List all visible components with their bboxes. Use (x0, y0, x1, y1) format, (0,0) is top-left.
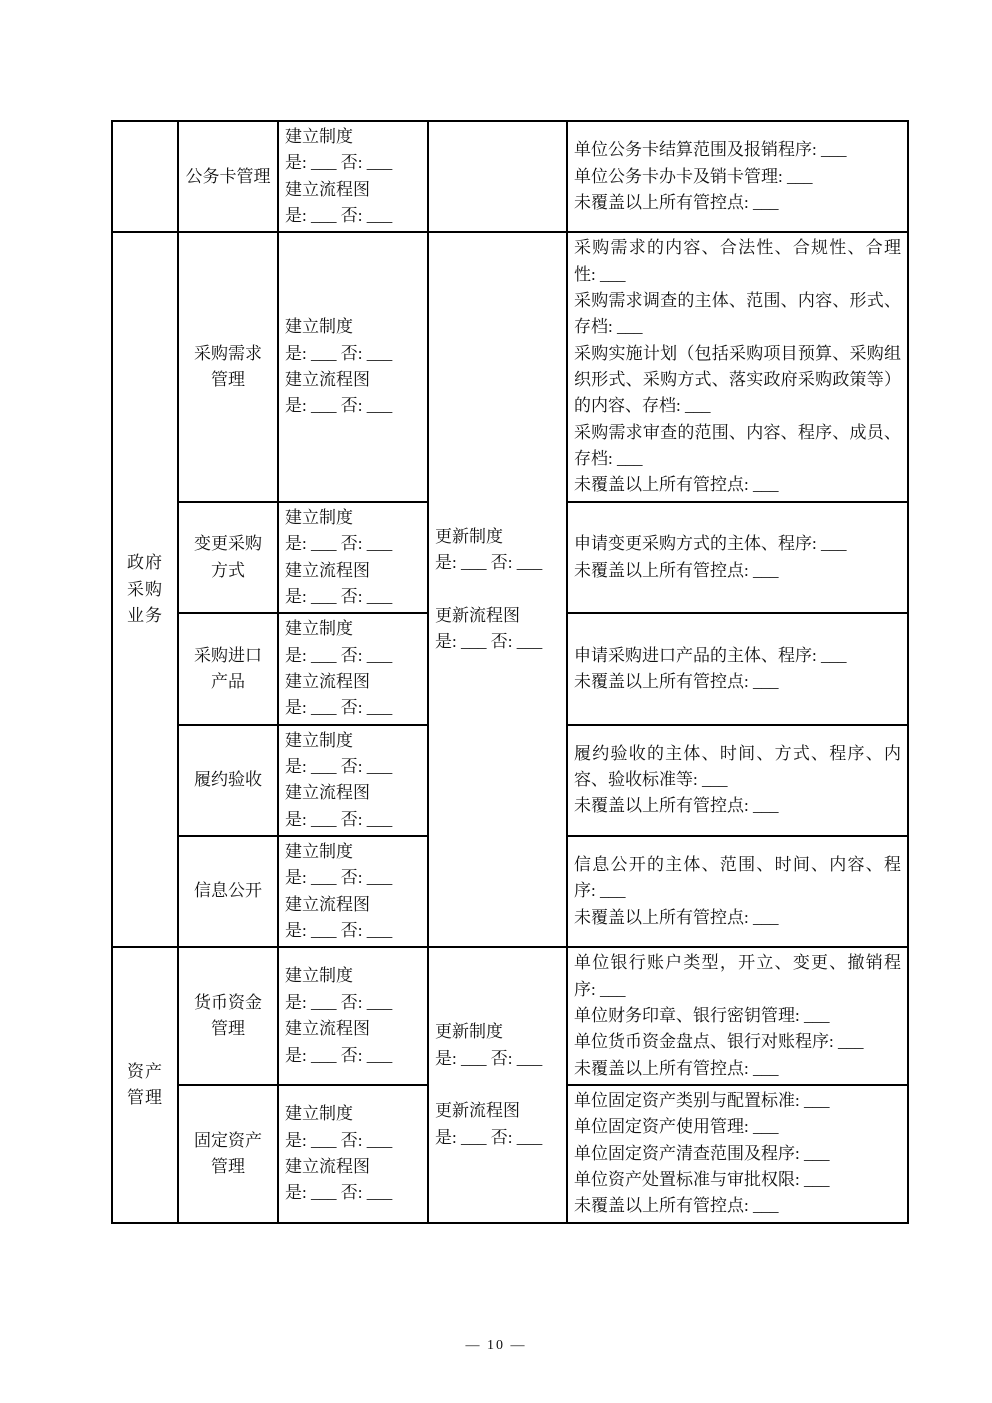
controls-cell: 单位固定资产类别与配置标准: ___ 单位固定资产使用管理: ___ 单位固定资… (567, 1085, 908, 1223)
table-row: 公务卡管理 建立制度 是: ___ 否: ___ 建立流程图 是: ___ 否:… (112, 121, 908, 232)
establish-cell: 建立制度 是: ___ 否: ___ 建立流程图 是: ___ 否: ___ (278, 725, 428, 836)
document-page: 公务卡管理 建立制度 是: ___ 否: ___ 建立流程图 是: ___ 否:… (0, 0, 992, 1403)
category-cell: 政府 采购 业务 (112, 232, 178, 947)
item-cell: 变更采购 方式 (178, 502, 278, 613)
establish-cell: 建立制度 是: ___ 否: ___ 建立流程图 是: ___ 否: ___ (278, 502, 428, 613)
controls-cell: 采购需求的内容、合法性、合规性、合理性: ___ 采购需求调查的主体、范围、内容… (567, 232, 908, 501)
item-cell: 公务卡管理 (178, 121, 278, 232)
establish-cell: 建立制度 是: ___ 否: ___ 建立流程图 是: ___ 否: ___ (278, 836, 428, 947)
table-row: 资产 管理 货币资金 管理 建立制度 是: ___ 否: ___ 建立流程图 是… (112, 947, 908, 1085)
category-cell: 资产 管理 (112, 947, 178, 1222)
controls-cell: 单位银行账户类型，开立、变更、撤销程序: ___ 单位财务印章、银行密钥管理: … (567, 947, 908, 1085)
establish-cell: 建立制度 是: ___ 否: ___ 建立流程图 是: ___ 否: ___ (278, 1085, 428, 1223)
item-cell: 采购需求 管理 (178, 232, 278, 501)
internal-control-checklist-table: 公务卡管理 建立制度 是: ___ 否: ___ 建立流程图 是: ___ 否:… (111, 120, 909, 1224)
controls-cell: 单位公务卡结算范围及报销程序: ___ 单位公务卡办卡及销卡管理: ___ 未覆… (567, 121, 908, 232)
establish-cell: 建立制度 是: ___ 否: ___ 建立流程图 是: ___ 否: ___ (278, 232, 428, 501)
update-cell: 更新制度 是: ___ 否: ___ 更新流程图 是: ___ 否: ___ (428, 947, 567, 1222)
item-cell: 货币资金 管理 (178, 947, 278, 1085)
category-cell-empty (112, 121, 178, 232)
item-cell: 履约验收 (178, 725, 278, 836)
controls-cell: 履约验收的主体、时间、方式、程序、内容、验收标准等: ___ 未覆盖以上所有管控… (567, 725, 908, 836)
controls-cell: 申请变更采购方式的主体、程序: ___ 未覆盖以上所有管控点: ___ (567, 502, 908, 613)
establish-cell: 建立制度 是: ___ 否: ___ 建立流程图 是: ___ 否: ___ (278, 947, 428, 1085)
establish-cell: 建立制度 是: ___ 否: ___ 建立流程图 是: ___ 否: ___ (278, 121, 428, 232)
controls-cell: 信息公开的主体、范围、时间、内容、程序: ___ 未覆盖以上所有管控点: ___ (567, 836, 908, 947)
item-cell: 信息公开 (178, 836, 278, 947)
establish-cell: 建立制度 是: ___ 否: ___ 建立流程图 是: ___ 否: ___ (278, 613, 428, 724)
controls-cell: 申请采购进口产品的主体、程序: ___ 未覆盖以上所有管控点: ___ (567, 613, 908, 724)
update-cell-empty (428, 121, 567, 232)
update-cell: 更新制度 是: ___ 否: ___ 更新流程图 是: ___ 否: ___ (428, 232, 567, 947)
page-number: — 10 — (0, 1338, 992, 1354)
item-cell: 固定资产 管理 (178, 1085, 278, 1223)
item-cell: 采购进口 产品 (178, 613, 278, 724)
table-row: 政府 采购 业务 采购需求 管理 建立制度 是: ___ 否: ___ 建立流程… (112, 232, 908, 501)
